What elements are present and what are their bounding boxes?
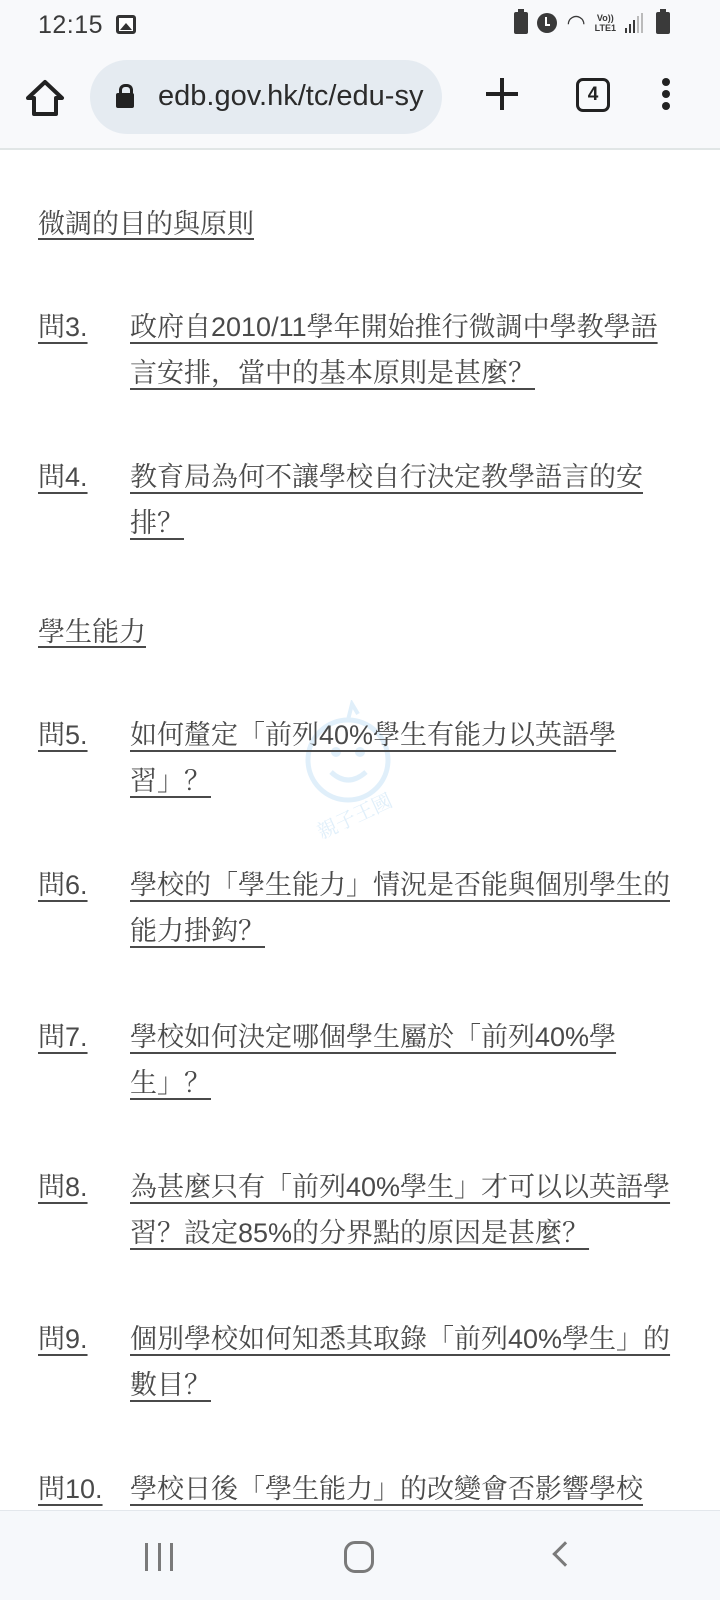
faq-link[interactable]: 學校如何決定哪個學生屬於「前列40%學生」？ [130, 1014, 675, 1106]
signal-icon [625, 13, 643, 33]
status-icons: ◠ Vo)) LTE1 [514, 12, 670, 34]
faq-number[interactable]: 問6. [38, 862, 130, 954]
faq-number[interactable]: 問7. [38, 1014, 130, 1106]
recents-icon [145, 1543, 148, 1571]
status-bar: 12:15 ◠ Vo)) LTE1 [0, 0, 720, 50]
faq-number[interactable]: 問9. [38, 1316, 130, 1408]
new-tab-button[interactable] [484, 76, 520, 112]
page-content: 親子王國 微調的目的與原則 問3. 政府自2010/11學年開始推行微調中學教學… [0, 152, 720, 1510]
home-nav-button[interactable] [344, 1541, 374, 1573]
faq-item-q4[interactable]: 問4. 教育局為何不讓學校自行決定教學語言的安排？ [38, 454, 688, 546]
faq-link[interactable]: 學校日後「學生能力」的改變會否影響學校 [130, 1466, 675, 1510]
battery-saver-icon [514, 12, 528, 34]
url-text[interactable]: edb.gov.hk/tc/edu-sy [158, 80, 423, 113]
faq-link[interactable]: 學校的「學生能力」情況是否能與個別學生的能力掛鈎？ [130, 862, 675, 954]
more-dots-icon [662, 78, 670, 86]
faq-link[interactable]: 政府自2010/11學年開始推行微調中學教學語言安排，當中的基本原則是甚麼？ [130, 304, 675, 396]
wifi-icon: ◠ [566, 12, 585, 34]
battery-icon [656, 12, 670, 34]
volte-label: Vo)) [597, 13, 614, 23]
recents-button[interactable] [145, 1543, 173, 1571]
alarm-icon [537, 13, 557, 33]
faq-item-q3[interactable]: 問3. 政府自2010/11學年開始推行微調中學教學語言安排，當中的基本原則是甚… [38, 304, 688, 396]
tab-switcher-button[interactable]: 4 [576, 78, 610, 112]
faq-item-q6[interactable]: 問6. 學校的「學生能力」情況是否能與個別學生的能力掛鈎？ [38, 862, 688, 954]
home-button[interactable] [24, 78, 66, 118]
faq-link[interactable]: 為甚麼只有「前列40%學生」才可以以英語學習？設定85%的分界點的原因是甚麼？ [130, 1164, 675, 1256]
gallery-icon [116, 15, 136, 34]
lte-label: LTE1 [595, 23, 616, 33]
faq-number[interactable]: 問5. [38, 712, 130, 804]
faq-number[interactable]: 問8. [38, 1164, 130, 1256]
lock-icon [116, 93, 134, 108]
faq-number[interactable]: 問3. [38, 304, 130, 396]
faq-link[interactable]: 如何釐定「前列40%學生有能力以英語學習」？ [130, 712, 675, 804]
home-icon [24, 78, 66, 118]
faq-item-q9[interactable]: 問9. 個別學校如何知悉其取錄「前列40%學生」的數目？ [38, 1316, 688, 1408]
faq-item-q8[interactable]: 問8. 為甚麼只有「前列40%學生」才可以以英語學習？設定85%的分界點的原因是… [38, 1164, 688, 1256]
section-heading-purpose-principles[interactable]: 微調的目的與原則 [38, 202, 254, 241]
back-button[interactable] [552, 1541, 577, 1566]
faq-number[interactable]: 問10. [38, 1466, 130, 1510]
faq-item-q10[interactable]: 問10. 學校日後「學生能力」的改變會否影響學校 [38, 1466, 688, 1510]
section-heading-student-ability[interactable]: 學生能力 [38, 610, 146, 649]
status-time: 12:15 [38, 11, 103, 40]
volte-lte-icon: Vo)) LTE1 [595, 13, 616, 33]
faq-number[interactable]: 問4. [38, 454, 130, 546]
system-nav-bar [0, 1510, 720, 1600]
more-menu-button[interactable] [660, 78, 672, 114]
faq-link[interactable]: 教育局為何不讓學校自行決定教學語言的安排？ [130, 454, 675, 546]
faq-item-q5[interactable]: 問5. 如何釐定「前列40%學生有能力以英語學習」？ [38, 712, 688, 804]
faq-link[interactable]: 個別學校如何知悉其取錄「前列40%學生」的數目？ [130, 1316, 675, 1408]
browser-toolbar: edb.gov.hk/tc/edu-sy 4 [0, 50, 720, 150]
faq-item-q7[interactable]: 問7. 學校如何決定哪個學生屬於「前列40%學生」？ [38, 1014, 688, 1106]
url-bar[interactable]: edb.gov.hk/tc/edu-sy [90, 60, 442, 134]
